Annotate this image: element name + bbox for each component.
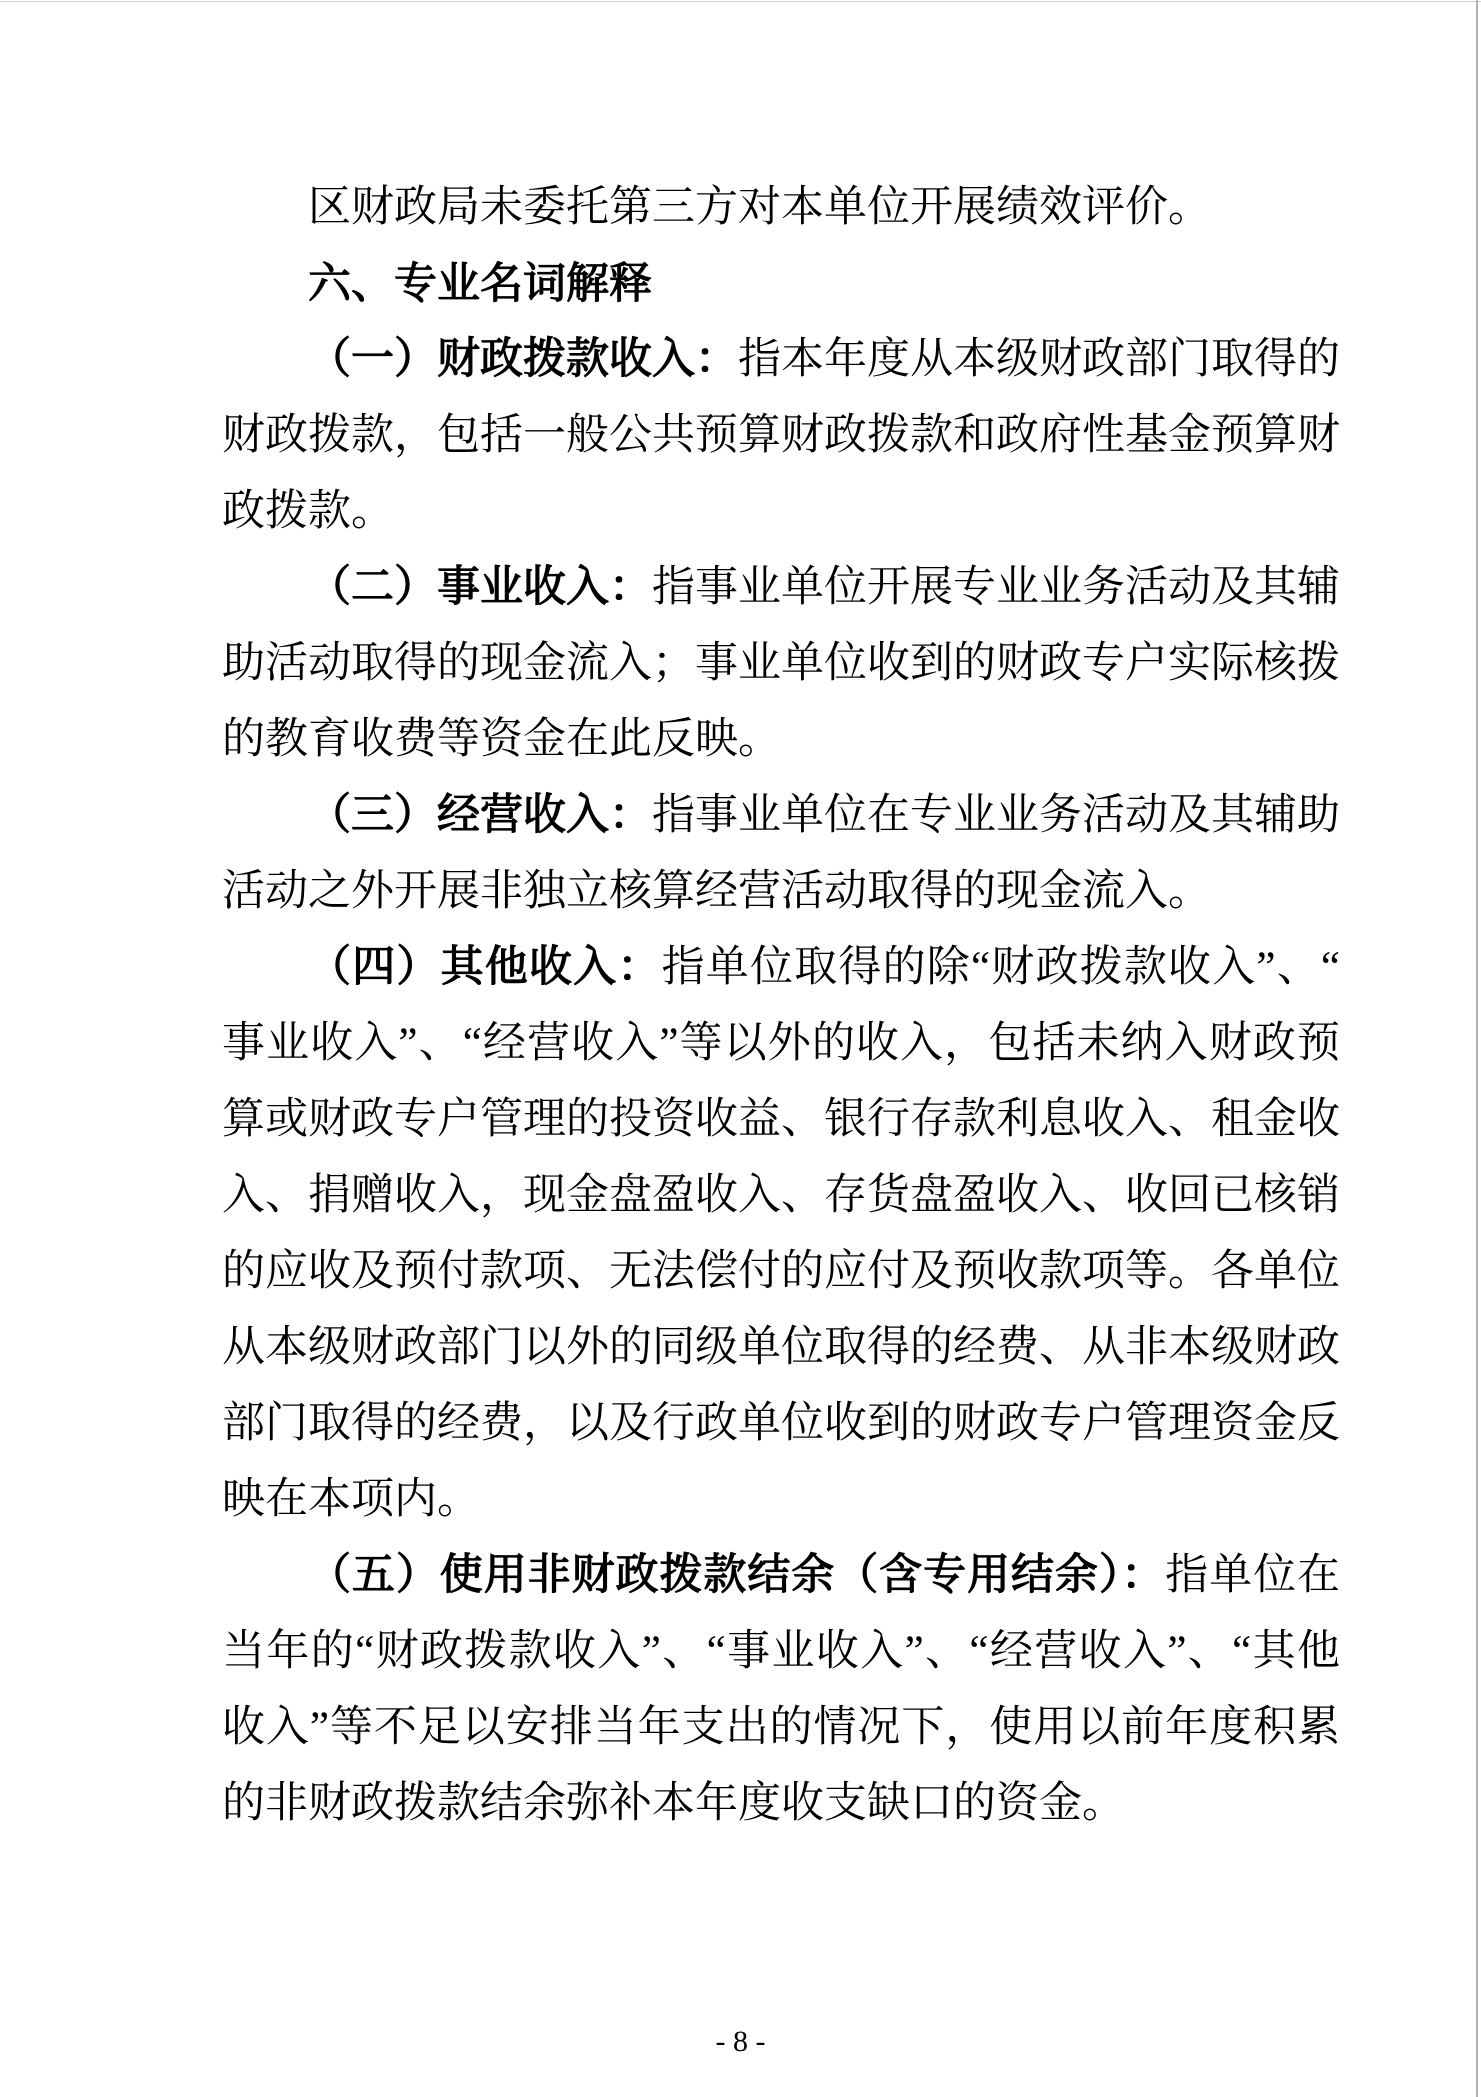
definition-text-4: 指单位取得的除“财政拨款收入”、“事业收入”、“经营收入”等以外的收入，包括未纳… xyxy=(222,944,1340,1523)
definition-paragraph-3: （三）经营收入：指事业单位在专业业务活动及其辅助活动之外开展非独立核算经营活动取… xyxy=(222,778,1340,930)
scan-artifact-top-line xyxy=(0,1,1481,2)
definition-term-5: （五）使用非财政拨款结余（含专用结余）： xyxy=(308,1552,1165,1599)
scan-artifact-right-line xyxy=(1476,0,1478,2097)
definition-term-2: （二）事业收入： xyxy=(308,564,652,611)
definition-term-1: （一）财政拨款收入： xyxy=(308,336,738,383)
definition-term-4: （四）其他收入： xyxy=(308,944,662,991)
section-heading: 六、专业名词解释 xyxy=(222,246,1340,322)
definition-paragraph-5: （五）使用非财政拨款结余（含专用结余）：指单位在当年的“财政拨款收入”、“事业收… xyxy=(222,1538,1340,1842)
definition-paragraph-1: （一）财政拨款收入：指本年度从本级财政部门取得的财政拨款，包括一般公共预算财政拨… xyxy=(222,322,1340,550)
paragraph-intro: 区财政局未委托第三方对本单位开展绩效评价。 xyxy=(222,170,1340,246)
document-page: 区财政局未委托第三方对本单位开展绩效评价。 六、专业名词解释 （一）财政拨款收入… xyxy=(0,0,1481,2097)
definition-paragraph-2: （二）事业收入：指事业单位开展专业业务活动及其辅助活动取得的现金流入；事业单位收… xyxy=(222,550,1340,778)
definition-term-3: （三）经营收入： xyxy=(308,792,652,839)
document-body: 区财政局未委托第三方对本单位开展绩效评价。 六、专业名词解释 （一）财政拨款收入… xyxy=(222,170,1340,1842)
definition-paragraph-4: （四）其他收入：指单位取得的除“财政拨款收入”、“事业收入”、“经营收入”等以外… xyxy=(222,930,1340,1538)
page-number: - 8 - xyxy=(0,2024,1481,2060)
